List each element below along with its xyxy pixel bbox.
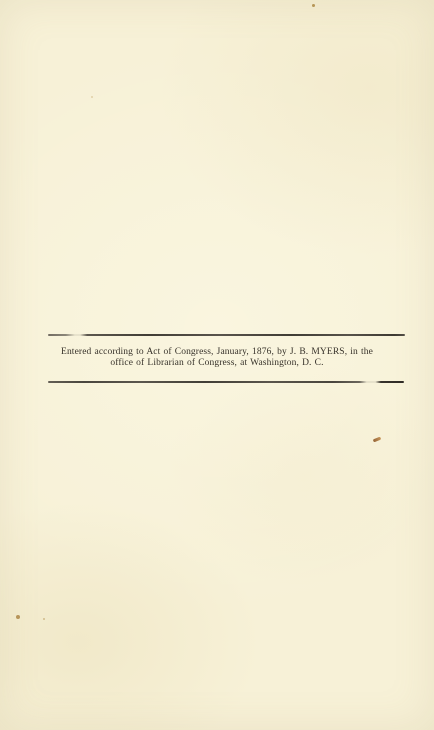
paper-speck [373,437,382,443]
copyright-notice-line-2: office of Librarian of Congress, at Wash… [0,358,434,369]
paper-speck [43,618,45,620]
paper-speck [91,96,93,98]
copyright-notice: Entered according to Act of Congress, Ja… [0,347,434,370]
top-horizontal-rule [48,334,405,336]
bottom-horizontal-rule [48,381,404,383]
paper-speck [16,615,20,619]
book-page: Entered according to Act of Congress, Ja… [0,0,434,730]
paper-speck [312,4,315,7]
copyright-notice-line-1: Entered according to Act of Congress, Ja… [0,347,434,358]
